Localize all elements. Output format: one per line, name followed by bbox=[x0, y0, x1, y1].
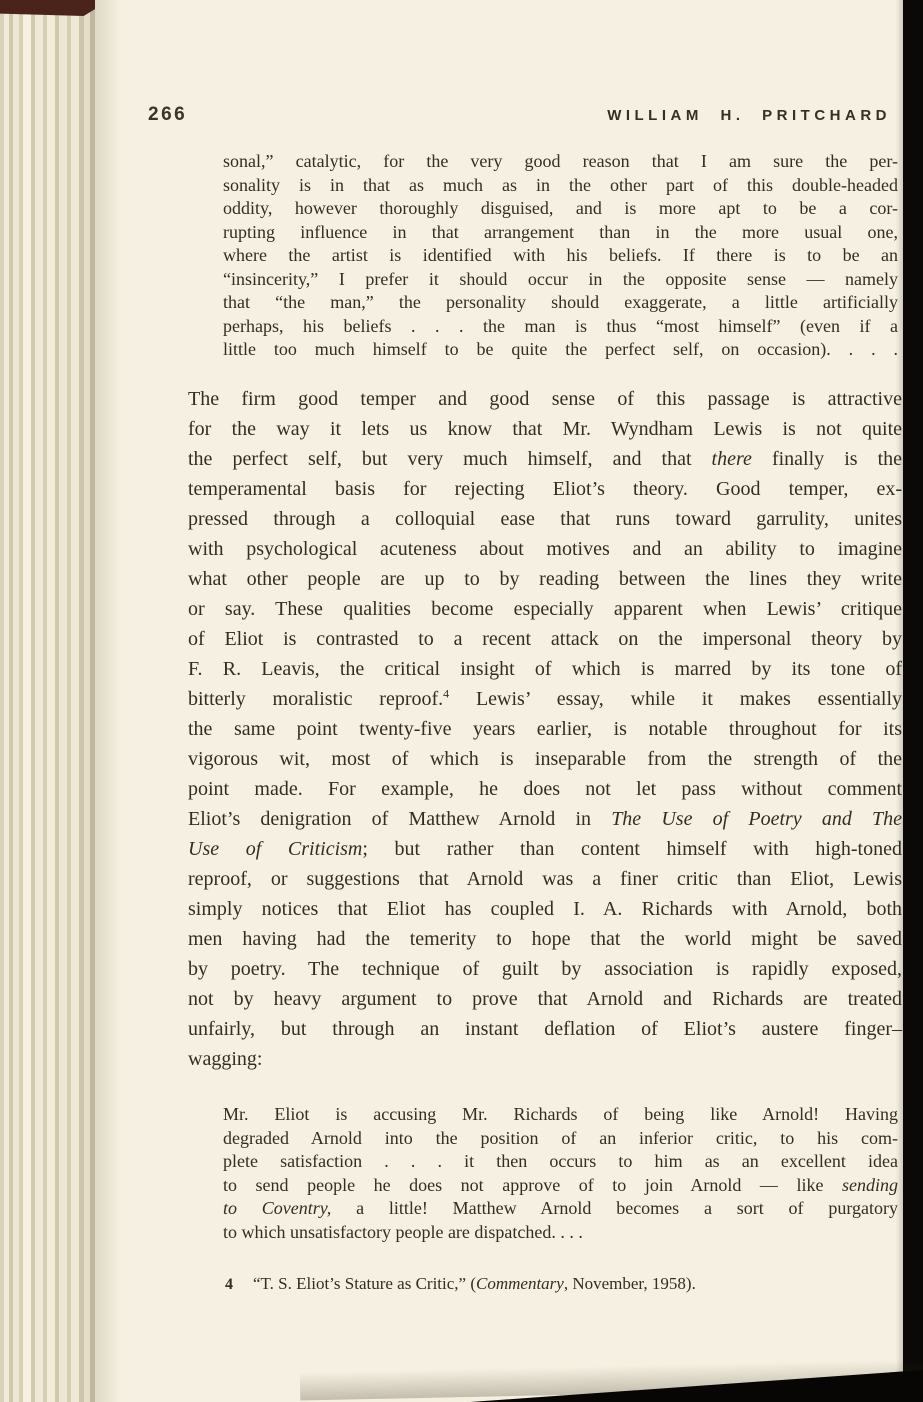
text-line: the same point twenty-five years earlier… bbox=[188, 714, 902, 744]
text-line: reproof, or suggestions that Arnold was … bbox=[188, 864, 902, 894]
footnote-marker: 4 bbox=[225, 1276, 253, 1294]
text-line: bitterly moralistic reproof.4 Lewis’ ess… bbox=[188, 684, 902, 714]
block-quote-eliot-richards: Mr. Eliot is accusing Mr. Richards of be… bbox=[223, 1103, 898, 1244]
text-line: for the way it lets us know that Mr. Wyn… bbox=[188, 414, 902, 444]
paper-page: 266 WILLIAM H. PRITCHARD sonal,” catalyt… bbox=[95, 0, 903, 1402]
text-line: the perfect self, but very much himself,… bbox=[188, 444, 902, 474]
text-line: with psychological acuteness about motiv… bbox=[188, 534, 902, 564]
block-quote-lewis: sonal,” catalytic, for the very good rea… bbox=[223, 150, 898, 362]
text-line: F. R. Leavis, the critical insight of wh… bbox=[188, 654, 902, 684]
text-line: little too much himself to be quite the … bbox=[223, 338, 898, 362]
text-line: Eliot’s denigration of Matthew Arnold in… bbox=[188, 804, 902, 834]
text-line: or say. These qualities become especiall… bbox=[188, 594, 902, 624]
page-header: 266 WILLIAM H. PRITCHARD bbox=[148, 104, 891, 126]
body-paragraph: The firm good temper and good sense of t… bbox=[188, 384, 902, 1074]
text-line: Use of Criticism; but rather than conten… bbox=[188, 834, 902, 864]
text-line: where the artist is identified with his … bbox=[223, 244, 898, 268]
text-line: The firm good temper and good sense of t… bbox=[188, 384, 902, 414]
text-line: “insincerity,” I prefer it should occur … bbox=[223, 268, 898, 292]
text-line: vigorous wit, most of which is inseparab… bbox=[188, 744, 902, 774]
text-line: to which unsatisfactory people are dispa… bbox=[223, 1221, 898, 1245]
running-header-author: WILLIAM H. PRITCHARD bbox=[607, 107, 891, 124]
text-line: simply notices that Eliot has coupled I.… bbox=[188, 894, 902, 924]
text-line: not by heavy argument to prove that Arno… bbox=[188, 984, 902, 1014]
scanned-book-page: 266 WILLIAM H. PRITCHARD sonal,” catalyt… bbox=[0, 0, 923, 1402]
text-line: what other people are up to by reading b… bbox=[188, 564, 902, 594]
page-number: 266 bbox=[148, 104, 187, 126]
text-line: to send people he does not approve of to… bbox=[223, 1174, 898, 1198]
text-line: sonality is in that as much as in the ot… bbox=[223, 174, 898, 198]
text-line: unfairly, but through an instant deflati… bbox=[188, 1014, 902, 1044]
text-line: Mr. Eliot is accusing Mr. Richards of be… bbox=[223, 1103, 898, 1127]
text-line: point made. For example, he does not let… bbox=[188, 774, 902, 804]
text-line: men having had the temerity to hope that… bbox=[188, 924, 902, 954]
text-line: that “the man,” the personality should e… bbox=[223, 291, 898, 315]
text-line: temperamental basis for rejecting Eliot’… bbox=[188, 474, 902, 504]
text-line: perhaps, his beliefs . . . the man is th… bbox=[223, 315, 898, 339]
text-line: to Coventry, a little! Matthew Arnold be… bbox=[223, 1197, 898, 1221]
text-line: “T. S. Eliot’s Stature as Critic,” (Comm… bbox=[253, 1274, 696, 1294]
footnote: 4 “T. S. Eliot’s Stature as Critic,” (Co… bbox=[225, 1274, 893, 1294]
text-line: wagging: bbox=[188, 1044, 902, 1074]
text-line: pressed through a colloquial ease that r… bbox=[188, 504, 902, 534]
text-line: sonal,” catalytic, for the very good rea… bbox=[223, 150, 898, 174]
text-line: of Eliot is contrasted to a recent attac… bbox=[188, 624, 902, 654]
text-line: degraded Arnold into the position of an … bbox=[223, 1127, 898, 1151]
text-line: oddity, however thoroughly disguised, an… bbox=[223, 197, 898, 221]
footnote-text: “T. S. Eliot’s Stature as Critic,” (Comm… bbox=[253, 1274, 696, 1294]
book-page-edges bbox=[0, 0, 95, 1402]
text-line: rupting influence in that arrangement th… bbox=[223, 221, 898, 245]
text-line: plete satisfaction . . . it then occurs … bbox=[223, 1150, 898, 1174]
text-line: by poetry. The technique of guilt by ass… bbox=[188, 954, 902, 984]
